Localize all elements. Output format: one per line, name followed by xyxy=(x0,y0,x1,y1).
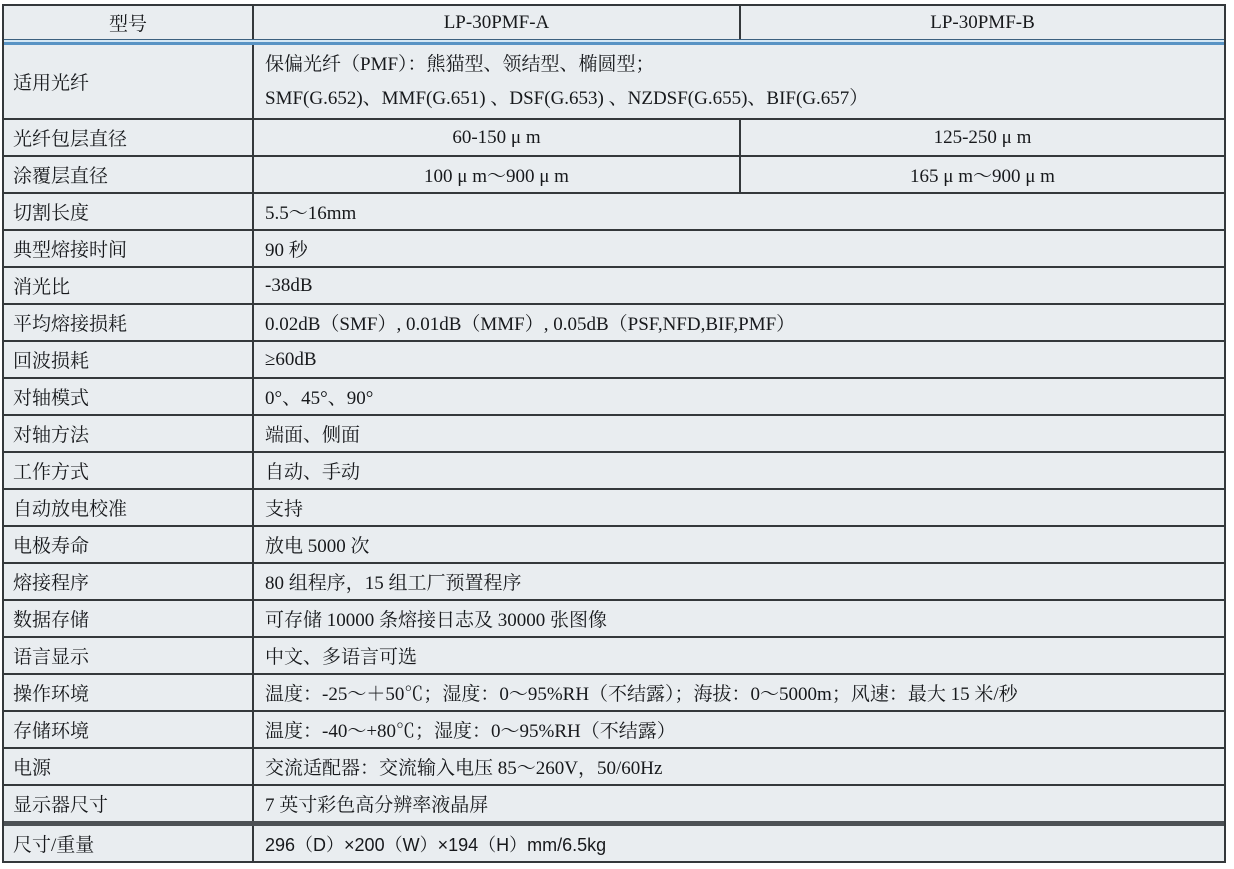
table-row: 回波损耗≥60dB xyxy=(4,340,1224,377)
spec-label: 工作方式 xyxy=(4,453,252,488)
spec-value-line: SMF(G.652)、MMF(G.651) 、DSF(G.653) 、NZDSF… xyxy=(265,82,868,116)
spec-value: 125-250 μ m xyxy=(739,120,1224,155)
spec-value: 80 组程序，15 组工厂预置程序 xyxy=(252,564,1224,599)
table-row: 典型熔接时间90 秒 xyxy=(4,229,1224,266)
table-row: 操作环境温度：-25～＋50℃；湿度：0～95%RH（不结露）；海拔：0～500… xyxy=(4,673,1224,710)
spec-value: 自动、手动 xyxy=(252,453,1224,488)
spec-label: 显示器尺寸 xyxy=(4,786,252,821)
spec-label: 数据存储 xyxy=(4,601,252,636)
table-row: 电源交流适配器：交流输入电压 85～260V，50/60Hz xyxy=(4,747,1224,784)
table-row: 适用光纤保偏光纤（PMF）：熊猫型、领结型、椭圆型；SMF(G.652)、MMF… xyxy=(4,45,1224,118)
spec-label: 操作环境 xyxy=(4,675,252,710)
spec-label: 涂覆层直径 xyxy=(4,157,252,192)
table-row: 光纤包层直径60-150 μ m125-250 μ m xyxy=(4,118,1224,155)
spec-label: 适用光纤 xyxy=(4,45,252,118)
spec-value: 支持 xyxy=(252,490,1224,525)
spec-label: 自动放电校准 xyxy=(4,490,252,525)
spec-label: 尺寸/重量 xyxy=(4,826,252,861)
spec-value: 0°、45°、90° xyxy=(252,379,1224,414)
table-row: 对轴方法端面、侧面 xyxy=(4,414,1224,451)
spec-value-line: 保偏光纤（PMF）：熊猫型、领结型、椭圆型； xyxy=(265,48,655,82)
spec-label: 语言显示 xyxy=(4,638,252,673)
spec-label: 典型熔接时间 xyxy=(4,231,252,266)
spec-value: 放电 5000 次 xyxy=(252,527,1224,562)
spec-value: 296（D）×200（W）×194（H）mm/6.5kg xyxy=(252,826,1224,861)
table-row: 电极寿命放电 5000 次 xyxy=(4,525,1224,562)
spec-label: 存储环境 xyxy=(4,712,252,747)
spec-value: 温度：-25～＋50℃；湿度：0～95%RH（不结露）；海拔：0～5000m；风… xyxy=(252,675,1224,710)
spec-label: 熔接程序 xyxy=(4,564,252,599)
table-row: 熔接程序80 组程序，15 组工厂预置程序 xyxy=(4,562,1224,599)
spec-value: 可存储 10000 条熔接日志及 30000 张图像 xyxy=(252,601,1224,636)
specification-table: 型号 LP-30PMF-A LP-30PMF-B 适用光纤保偏光纤（PMF）：熊… xyxy=(2,4,1226,863)
spec-value: 7 英寸彩色高分辨率液晶屏 xyxy=(252,786,1224,821)
header-model-label: 型号 xyxy=(4,6,252,39)
spec-label: 对轴方法 xyxy=(4,416,252,451)
table-row: 工作方式自动、手动 xyxy=(4,451,1224,488)
table-row: 语言显示中文、多语言可选 xyxy=(4,636,1224,673)
table-header-row: 型号 LP-30PMF-A LP-30PMF-B xyxy=(4,6,1224,39)
table-row: 显示器尺寸7 英寸彩色高分辨率液晶屏 xyxy=(4,784,1224,821)
spec-value: 90 秒 xyxy=(252,231,1224,266)
spec-label: 消光比 xyxy=(4,268,252,303)
table-row: 数据存储可存储 10000 条熔接日志及 30000 张图像 xyxy=(4,599,1224,636)
spec-label: 平均熔接损耗 xyxy=(4,305,252,340)
spec-value: 温度：-40～+80℃；湿度：0～95%RH（不结露） xyxy=(252,712,1224,747)
spec-value: 60-150 μ m xyxy=(252,120,739,155)
spec-value: 100 μ m～900 μ m xyxy=(252,157,739,192)
table-row: 涂覆层直径100 μ m～900 μ m165 μ m～900 μ m xyxy=(4,155,1224,192)
table-row: 消光比-38dB xyxy=(4,266,1224,303)
spec-value: 保偏光纤（PMF）：熊猫型、领结型、椭圆型；SMF(G.652)、MMF(G.6… xyxy=(252,45,1224,118)
table-body: 适用光纤保偏光纤（PMF）：熊猫型、领结型、椭圆型；SMF(G.652)、MMF… xyxy=(4,45,1224,861)
spec-label: 电源 xyxy=(4,749,252,784)
spec-value: 165 μ m～900 μ m xyxy=(739,157,1224,192)
spec-label: 光纤包层直径 xyxy=(4,120,252,155)
table-row: 自动放电校准支持 xyxy=(4,488,1224,525)
table-row: 平均熔接损耗0.02dB（SMF）, 0.01dB（MMF）, 0.05dB（P… xyxy=(4,303,1224,340)
spec-value: 端面、侧面 xyxy=(252,416,1224,451)
spec-label: 对轴模式 xyxy=(4,379,252,414)
spec-label: 电极寿命 xyxy=(4,527,252,562)
spec-value: ≥60dB xyxy=(252,342,1224,377)
spec-label: 回波损耗 xyxy=(4,342,252,377)
spec-value: -38dB xyxy=(252,268,1224,303)
spec-value: 0.02dB（SMF）, 0.01dB（MMF）, 0.05dB（PSF,NFD… xyxy=(252,305,1224,340)
table-row: 切割长度5.5～16mm xyxy=(4,192,1224,229)
table-row: 存储环境温度：-40～+80℃；湿度：0～95%RH（不结露） xyxy=(4,710,1224,747)
table-row: 尺寸/重量296（D）×200（W）×194（H）mm/6.5kg xyxy=(4,821,1224,861)
header-model-a: LP-30PMF-A xyxy=(252,6,739,39)
spec-value: 交流适配器：交流输入电压 85～260V，50/60Hz xyxy=(252,749,1224,784)
table-row: 对轴模式0°、45°、90° xyxy=(4,377,1224,414)
spec-label: 切割长度 xyxy=(4,194,252,229)
spec-value: 5.5～16mm xyxy=(252,194,1224,229)
spec-value: 中文、多语言可选 xyxy=(252,638,1224,673)
header-model-b: LP-30PMF-B xyxy=(739,6,1224,39)
